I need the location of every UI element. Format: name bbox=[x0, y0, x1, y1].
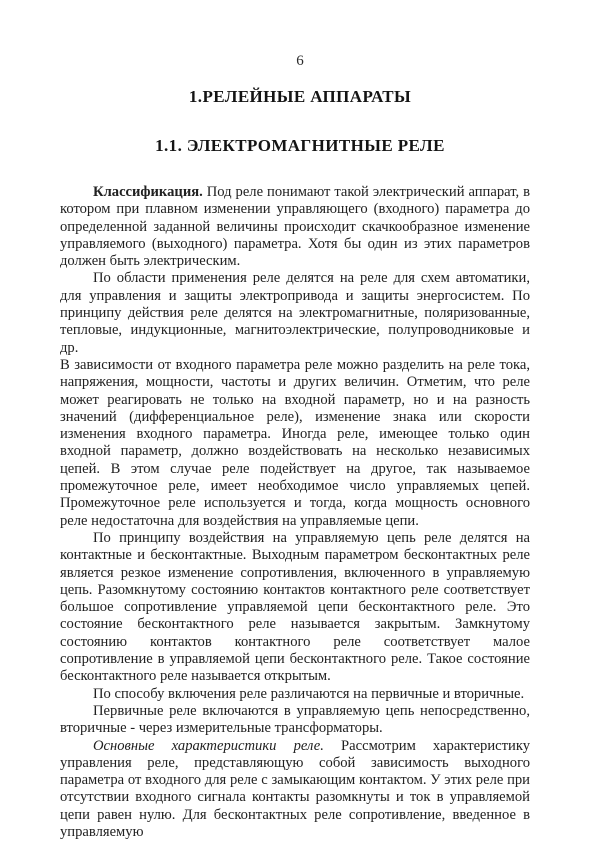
paragraph: По способу включения реле различаются на… bbox=[60, 686, 530, 703]
paragraph: По области применения реле делятся на ре… bbox=[60, 270, 530, 356]
paragraph: Основные характеристики реле. Рассмотрим… bbox=[60, 738, 530, 842]
paragraph: По принципу воздействия на управляемую ц… bbox=[60, 530, 530, 686]
document-body: Классификация. Под реле понимают такой э… bbox=[60, 184, 530, 841]
paragraph-lead: Классификация. bbox=[93, 184, 207, 200]
page-number: 6 bbox=[0, 53, 600, 70]
section-title: 1.1. ЭЛЕКТРОМАГНИТНЫЕ РЕЛЕ bbox=[0, 136, 600, 156]
paragraph-lead: Основные характеристики реле. bbox=[93, 738, 341, 754]
chapter-title: 1.РЕЛЕЙНЫЕ АППАРАТЫ bbox=[0, 87, 600, 107]
document-page: 6 1.РЕЛЕЙНЫЕ АППАРАТЫ 1.1. ЭЛЕКТРОМАГНИТ… bbox=[0, 0, 600, 848]
paragraph: В зависимости от входного параметра реле… bbox=[60, 357, 530, 530]
paragraph: Классификация. Под реле понимают такой э… bbox=[60, 184, 530, 270]
paragraph: Первичные реле включаются в управляемую … bbox=[60, 703, 530, 738]
